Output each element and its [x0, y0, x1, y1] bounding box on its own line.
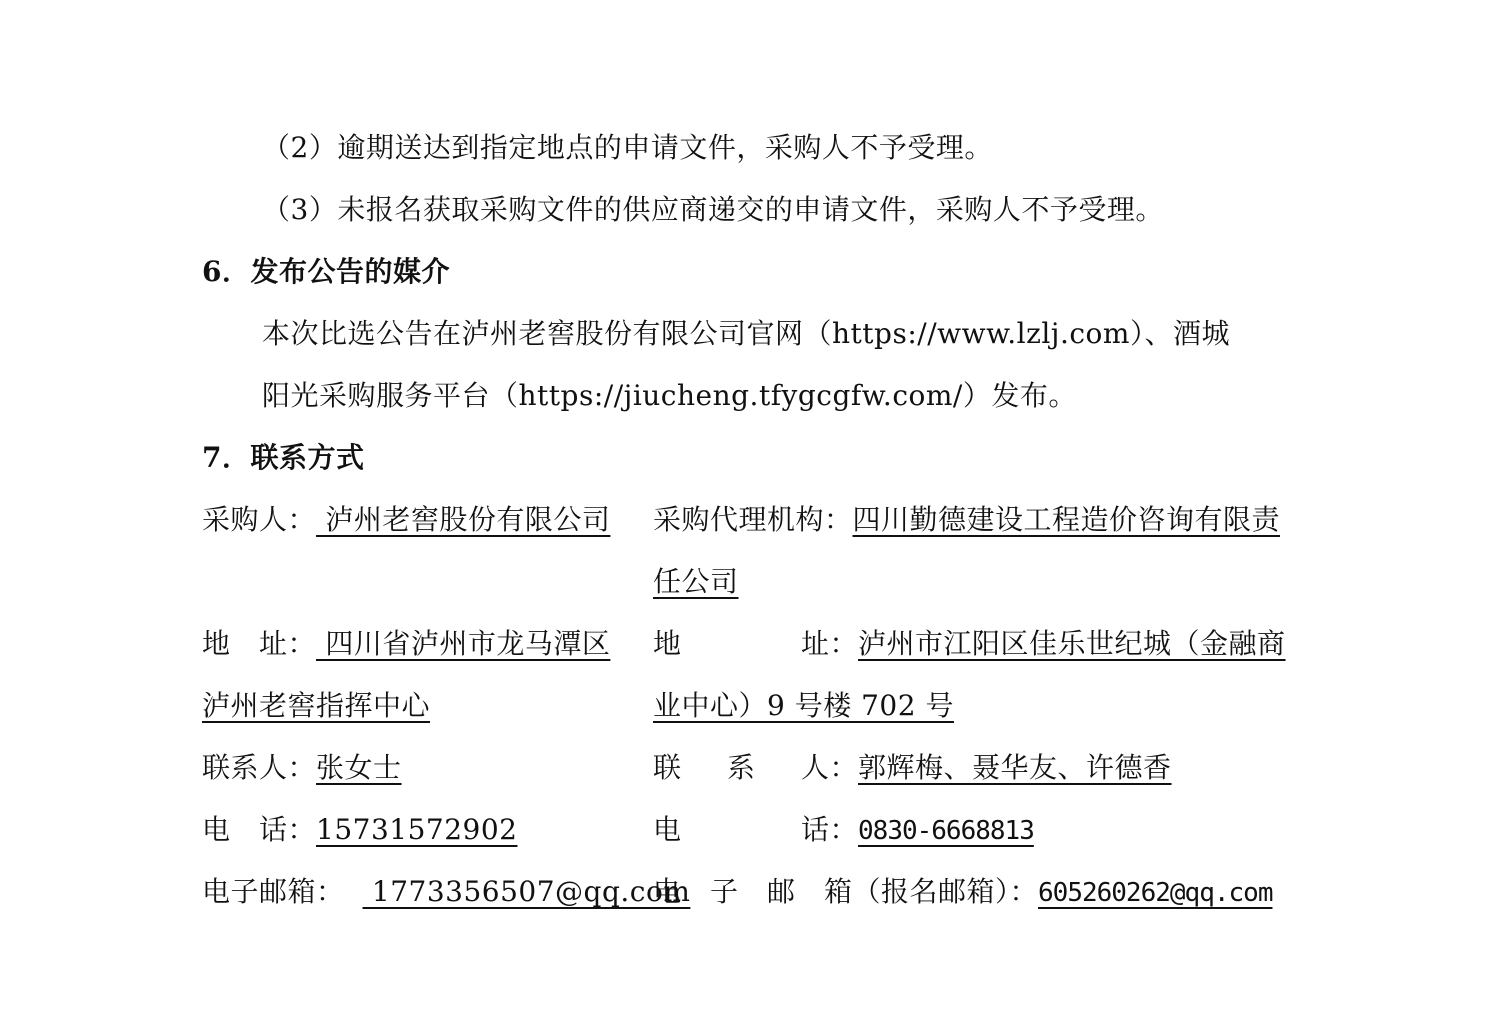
agency-email-label: 电 子 邮 箱（报名邮箱）：	[653, 875, 1038, 908]
purchaser-address-row: 地 址： 四川省泸州市龙马潭区	[202, 626, 610, 662]
purchaser-phone-label: 电 话：	[202, 813, 316, 846]
purchaser-address-row-2: 泸州老窖指挥中心	[202, 688, 430, 724]
purchaser-phone-value: 15731572902	[316, 813, 547, 846]
purchaser-name-value: 泸州老窖股份有限公司	[316, 503, 610, 536]
agency-name-label: 采购代理机构：	[653, 503, 853, 536]
agency-address-row-2: 业中心）9 号楼 702 号	[653, 688, 954, 724]
section-6-heading: 6．发布公告的媒介	[202, 254, 450, 290]
section-7-heading: 7．联系方式	[202, 440, 364, 476]
agency-address-row-value: 址：泸州市江阳区佳乐世纪城（金融商	[801, 626, 1286, 662]
agency-phone-row: 话：0830-6668813	[801, 812, 1034, 849]
agency-contact-label-2: 系	[727, 750, 756, 786]
purchaser-email-value[interactable]: 1773356507@qq.com	[345, 875, 691, 908]
purchaser-email-label: 电子邮箱：	[202, 875, 345, 908]
section-6-paragraph-line-1: 本次比选公告在泸州老窖股份有限公司官网（https://www.lzlj.com…	[262, 316, 1230, 352]
purchaser-address-value-2: 泸州老窖指挥中心	[202, 689, 430, 722]
agency-email-value[interactable]: 605260262@qq.com	[1038, 878, 1272, 908]
agency-name-row: 采购代理机构：四川勤德建设工程造价咨询有限责	[653, 502, 1280, 538]
purchaser-address-value-1: 四川省泸州市龙马潭区	[316, 627, 610, 660]
purchaser-phone-row: 电 话：15731572902	[202, 812, 547, 848]
item-2: （2）逾期送达到指定地点的申请文件，采购人不予受理。	[262, 130, 993, 166]
purchaser-name-label: 采购人：	[202, 503, 316, 536]
purchaser-contact-value: 张女士	[316, 751, 402, 784]
agency-address-value-1: 泸州市江阳区佳乐世纪城（金融商	[858, 627, 1286, 660]
agency-address-label-b: 址：	[801, 627, 858, 660]
purchaser-address-label: 地 址：	[202, 627, 316, 660]
agency-contact-label-1: 联	[653, 750, 682, 786]
purchaser-contact-row: 联系人：张女士	[202, 750, 402, 786]
agency-address-row: 地	[653, 626, 682, 662]
agency-email-row: 电 子 邮 箱（报名邮箱）：605260262@qq.com	[653, 874, 1272, 911]
purchaser-name-row: 采购人： 泸州老窖股份有限公司	[202, 502, 610, 538]
section-6-paragraph-line-2: 阳光采购服务平台（https://jiucheng.tfygcgfw.com/）…	[262, 378, 1077, 414]
agency-contact-label-3: 人：	[801, 751, 858, 784]
agency-name-value-1: 四川勤德建设工程造价咨询有限责	[853, 503, 1281, 536]
agency-address-label-a: 地	[653, 627, 682, 660]
agency-address-value-2: 业中心）9 号楼 702 号	[653, 689, 954, 722]
agency-phone-label-2: 话：	[801, 813, 858, 846]
agency-name-row-2: 任公司	[653, 564, 739, 600]
agency-contact-row: 人：郭辉梅、聂华友、许德香	[801, 750, 1172, 786]
agency-contact-value: 郭辉梅、聂华友、许德香	[858, 751, 1172, 784]
agency-phone-label-1: 电	[653, 812, 682, 848]
agency-phone-value: 0830-6668813	[858, 816, 1034, 846]
agency-name-value-2: 任公司	[653, 565, 739, 598]
item-3: （3）未报名获取采购文件的供应商递交的申请文件，采购人不予受理。	[262, 192, 1164, 228]
purchaser-contact-label: 联系人：	[202, 751, 316, 784]
purchaser-email-row: 电子邮箱： 1773356507@qq.com	[202, 874, 690, 910]
